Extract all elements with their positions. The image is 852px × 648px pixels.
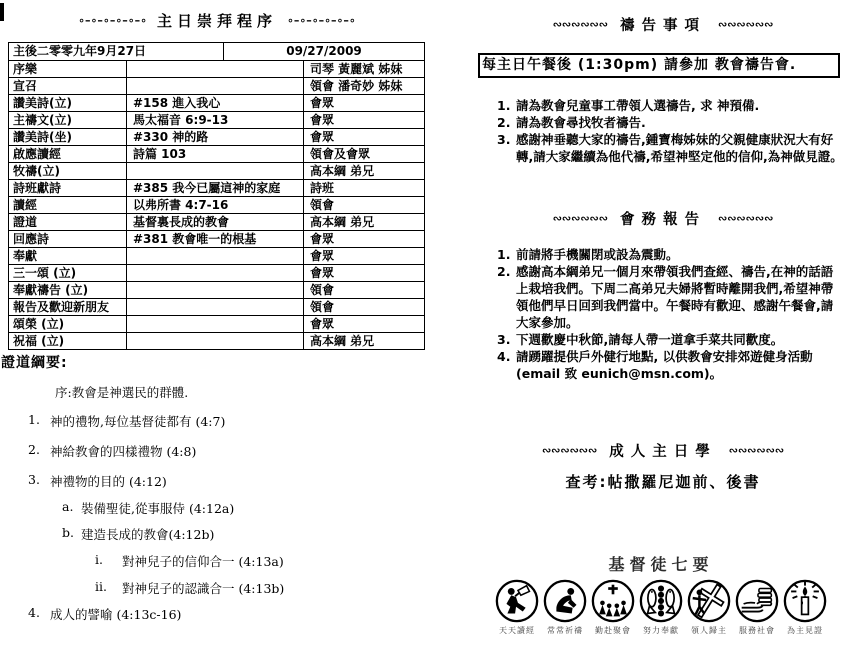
order-leader-cell: 高本綱 弟兄 — [304, 214, 424, 230]
order-leader-cell: 會眾 — [304, 112, 424, 128]
list-item-text: 請為教會兒童事工帶領人選禱告, 求 神預備. — [516, 97, 844, 114]
order-content-cell: #158 進入我心 — [127, 95, 304, 111]
list-item-text: 請踴躍提供戶外健行地點, 以供教會安排郊遊健身活動 (email 致 eunic… — [516, 348, 844, 382]
list-item-number: 3. — [497, 131, 516, 165]
essential-item: 天天讀經 — [493, 578, 541, 636]
outline-text: 建造長成的教會(4:12b) — [81, 525, 214, 543]
order-item-cell: 祝福 (立) — [9, 333, 127, 349]
prayer-meeting-notice-box: 每主日午餐後 (1:30pm) 請參加 教會禱告會. — [478, 53, 840, 78]
order-leader-cell: 會眾 — [304, 95, 424, 111]
table-row: 讚美詩(坐) #330 神的路 會眾 — [9, 128, 424, 145]
list-item-number: 3. — [497, 331, 516, 348]
outline-text: 裝備聖徒,從事服侍 (4:12a) — [81, 499, 234, 517]
essential-item: 領人歸主 — [685, 578, 733, 636]
outline-label: 3. — [28, 472, 50, 490]
outline-line: 2. 神給教會的四樣禮物 (4:8) — [28, 442, 196, 460]
swirl-ornament: ∾∾∾∾∾∾ — [718, 18, 773, 31]
order-leader-cell: 領會 — [304, 299, 424, 315]
order-leader-cell: 領會 潘奇妙 姊妹 — [304, 78, 424, 94]
list-item-number: 2. — [497, 114, 516, 131]
outline-line: a. 裝備聖徒,從事服侍 (4:12a) — [62, 499, 234, 517]
order-leader-cell: 會眾 — [304, 129, 424, 145]
table-row: 祝福 (立) 高本綱 弟兄 — [9, 332, 424, 349]
essential-label: 服務社會 — [739, 625, 775, 636]
table-row: 啟應讀經 詩篇 103 領會及會眾 — [9, 145, 424, 162]
essential-item: 服務社會 — [733, 578, 781, 636]
order-item-cell: 三一頌 (立) — [9, 265, 127, 281]
outline-line: 1. 神的禮物,每位基督徒都有 (4:7) — [28, 412, 225, 430]
outline-line: i. 對神兒子的信仰合一 (4:13a) — [95, 552, 284, 570]
outline-label: 1. — [28, 412, 50, 430]
essential-label: 勤赴聚會 — [595, 625, 631, 636]
outline-text: 神的禮物,每位基督徒都有 (4:7) — [50, 412, 225, 430]
list-item-text: 下週歡慶中秋節,請每人帶一道拿手菜共同歡度。 — [516, 331, 844, 348]
order-item-cell: 證道 — [9, 214, 127, 230]
table-row: 奉獻 會眾 — [9, 247, 424, 264]
essential-item: 為主見證 — [781, 578, 829, 636]
swirl-ornament: ∾∾∾∾∾∾ — [729, 444, 784, 457]
order-leader-cell: 會眾 — [304, 316, 424, 332]
order-item-cell: 回應詩 — [9, 231, 127, 247]
order-leader-cell: 高本綱 弟兄 — [304, 163, 424, 179]
order-item-cell: 奉獻禱告 (立) — [9, 282, 127, 298]
outline-label: i. — [95, 552, 122, 570]
list-item: 3. 感謝神垂聽大家的禱告,鍾寶梅姊妹的父親健康狀況大有好轉,請大家繼續為他代禱… — [497, 131, 844, 165]
chain-ornament: ∘–∘–∘–∘–∘–∘ — [78, 14, 147, 27]
church-report-title: 會務報告 — [620, 208, 706, 229]
order-item-cell: 讚美詩(立) — [9, 95, 127, 111]
outline-label: b. — [62, 525, 81, 543]
table-row: 回應詩 #381 教會唯一的根基 會眾 — [9, 230, 424, 247]
church-report-header: ∾∾∾∾∾∾ 會務報告 ∾∾∾∾∾∾ — [478, 208, 848, 229]
order-content-cell — [127, 248, 304, 264]
list-item-number: 4. — [497, 348, 516, 382]
outline-line: 4. 成人的譬喻 (4:13c-16) — [28, 605, 181, 623]
swirl-ornament: ∾∾∾∾∾∾ — [718, 212, 773, 225]
list-item-number: 1. — [497, 97, 516, 114]
prayer-items-list: 1. 請為教會兒童事工帶領人選禱告, 求 神預備. 2. 請為教會尋找牧者禱告.… — [497, 97, 844, 165]
list-item-text: 前請將手機關閉或設為震動。 — [516, 246, 844, 263]
order-content-cell: #330 神的路 — [127, 129, 304, 145]
order-leader-cell: 會眾 — [304, 231, 424, 247]
swirl-ornament: ∾∾∾∾∾∾ — [553, 212, 608, 225]
outline-text: 對神兒子的認識合一 (4:13b) — [122, 579, 284, 597]
order-content-cell — [127, 163, 304, 179]
order-item-cell: 讚美詩(坐) — [9, 129, 127, 145]
swirl-ornament: ∾∾∾∾∾∾ — [542, 444, 597, 457]
table-row: 報告及歡迎新朋友 領會 — [9, 298, 424, 315]
study-reference: 查考:帖撒羅尼迦前、後書 — [478, 471, 848, 492]
outline-text: 對神兒子的信仰合一 (4:13a) — [122, 552, 284, 570]
order-content-cell — [127, 265, 304, 281]
order-item-cell: 奉獻 — [9, 248, 127, 264]
order-content-cell — [127, 61, 304, 77]
order-item-cell: 主禱文(立) — [9, 112, 127, 128]
order-leader-cell: 會眾 — [304, 248, 424, 264]
loaves-fishes-icon — [638, 578, 684, 624]
order-item-cell: 讀經 — [9, 197, 127, 213]
date-english: 09/27/2009 — [224, 43, 424, 60]
date-chinese: 主後二零零九年9月27日 — [9, 43, 224, 60]
order-item-cell: 詩班獻詩 — [9, 180, 127, 196]
seven-essentials-icons-row: 天天讀經 常常祈禱 — [487, 578, 835, 636]
order-content-cell: 詩篇 103 — [127, 146, 304, 162]
outline-label: 2. — [28, 442, 50, 460]
order-content-cell — [127, 78, 304, 94]
sermon-outline-heading: 證道綱要: — [1, 352, 68, 372]
table-row: 序樂 司琴 黃麗斌 姊妹 — [9, 60, 424, 77]
serving-hands-icon — [734, 578, 780, 624]
essential-label: 常常祈禱 — [547, 625, 583, 636]
essential-label: 為主見證 — [787, 625, 823, 636]
order-content-cell: #385 我今已屬這神的家庭 — [127, 180, 304, 196]
outline-line: ii. 對神兒子的認識合一 (4:13b) — [95, 579, 284, 597]
table-row: 三一頌 (立) 會眾 — [9, 264, 424, 281]
outline-line: 3. 神禮物的目的 (4:12) — [28, 472, 167, 490]
outline-text: 序:教會是神選民的群體. — [55, 383, 188, 401]
list-item-number: 1. — [497, 246, 516, 263]
order-content-cell — [127, 333, 304, 349]
table-row: 主禱文(立) 馬太福音 6:9-13 會眾 — [9, 111, 424, 128]
order-item-cell: 宣召 — [9, 78, 127, 94]
outline-text: 神禮物的目的 (4:12) — [50, 472, 167, 490]
order-leader-cell: 會眾 — [304, 265, 424, 281]
list-item: 2. 感謝高本綱弟兄一個月來帶領我們查經、禱告,在神的話語上栽培我們。下周二高弟… — [497, 263, 844, 331]
order-leader-cell: 詩班 — [304, 180, 424, 196]
order-content-cell: 以弗所書 4:7-16 — [127, 197, 304, 213]
prayer-items-header: ∾∾∾∾∾∾ 禱告事項 ∾∾∾∾∾∾ — [478, 14, 848, 35]
outline-line: b. 建造長成的教會(4:12b) — [62, 525, 214, 543]
order-leader-cell: 領會 — [304, 282, 424, 298]
order-item-cell: 序樂 — [9, 61, 127, 77]
worship-order-header: ∘–∘–∘–∘–∘–∘ 主日崇拜程序 ∘–∘–∘–∘–∘–∘ — [8, 10, 426, 31]
table-row: 證道 基督裏長成的教會 高本綱 弟兄 — [9, 213, 424, 230]
seven-essentials-section: 基督徒七要 天天讀經 — [487, 552, 835, 636]
worship-order-title: 主日崇拜程序 — [157, 10, 277, 31]
table-date-row: 主後二零零九年9月27日 09/27/2009 — [9, 43, 424, 60]
outline-text: 神給教會的四樣禮物 (4:8) — [50, 442, 196, 460]
bible-reading-icon — [494, 578, 540, 624]
list-item: 1. 前請將手機關閉或設為震動。 — [497, 246, 844, 263]
worship-order-table: 主後二零零九年9月27日 09/27/2009 序樂 司琴 黃麗斌 姊妹 宣召 … — [8, 42, 425, 350]
order-content-cell: #381 教會唯一的根基 — [127, 231, 304, 247]
list-item: 4. 請踴躍提供戶外健行地點, 以供教會安排郊遊健身活動 (email 致 eu… — [497, 348, 844, 382]
church-report-list: 1. 前請將手機關閉或設為震動。 2. 感謝高本綱弟兄一個月來帶領我們查經、禱告… — [497, 246, 844, 382]
scan-artifact — [0, 3, 4, 21]
order-content-cell — [127, 316, 304, 332]
outline-label: ii. — [95, 579, 122, 597]
order-item-cell: 牧禱(立) — [9, 163, 127, 179]
order-content-cell — [127, 282, 304, 298]
praying-icon — [542, 578, 588, 624]
order-content-cell: 馬太福音 6:9-13 — [127, 112, 304, 128]
essential-label: 努力奉獻 — [643, 625, 679, 636]
order-leader-cell: 領會及會眾 — [304, 146, 424, 162]
list-item: 2. 請為教會尋找牧者禱告. — [497, 114, 844, 131]
table-row: 頌榮 (立) 會眾 — [9, 315, 424, 332]
essential-item: 勤赴聚會 — [589, 578, 637, 636]
order-item-cell: 報告及歡迎新朋友 — [9, 299, 127, 315]
table-row: 讀經 以弗所書 4:7-16 領會 — [9, 196, 424, 213]
order-leader-cell: 領會 — [304, 197, 424, 213]
list-item: 1. 請為教會兒童事工帶領人選禱告, 求 神預備. — [497, 97, 844, 114]
outline-line: 序:教會是神選民的群體. — [55, 383, 188, 401]
table-row: 讚美詩(立) #158 進入我心 會眾 — [9, 94, 424, 111]
list-item-text: 感謝神垂聽大家的禱告,鍾寶梅姊妹的父親健康狀況大有好轉,請大家繼續為他代禱,希望… — [516, 131, 844, 165]
swirl-ornament: ∾∾∾∾∾∾ — [553, 18, 608, 31]
prayer-items-title: 禱告事項 — [620, 14, 706, 35]
cross-person-icon — [686, 578, 732, 624]
list-item: 3. 下週歡慶中秋節,請每人帶一道拿手菜共同歡度。 — [497, 331, 844, 348]
order-content-cell — [127, 299, 304, 315]
table-row: 宣召 領會 潘奇妙 姊妹 — [9, 77, 424, 94]
candle-icon — [782, 578, 828, 624]
list-item-text: 感謝高本綱弟兄一個月來帶領我們查經、禱告,在神的話語上栽培我們。下周二高弟兄夫婦… — [516, 263, 844, 331]
sunday-school-title: 成人主日學 — [609, 440, 717, 461]
chain-ornament: ∘–∘–∘–∘–∘–∘ — [287, 14, 356, 27]
seven-essentials-title: 基督徒七要 — [487, 552, 835, 575]
outline-label: a. — [62, 499, 81, 517]
outline-label: 4. — [28, 605, 50, 623]
essential-item: 常常祈禱 — [541, 578, 589, 636]
order-item-cell: 頌榮 (立) — [9, 316, 127, 332]
order-leader-cell: 司琴 黃麗斌 姊妹 — [304, 61, 424, 77]
congregation-icon — [590, 578, 636, 624]
table-row: 奉獻禱告 (立) 領會 — [9, 281, 424, 298]
essential-item: 努力奉獻 — [637, 578, 685, 636]
essential-label: 天天讀經 — [499, 625, 535, 636]
list-item-text: 請為教會尋找牧者禱告. — [516, 114, 844, 131]
order-content-cell: 基督裏長成的教會 — [127, 214, 304, 230]
order-item-cell: 啟應讀經 — [9, 146, 127, 162]
order-leader-cell: 高本綱 弟兄 — [304, 333, 424, 349]
outline-text: 成人的譬喻 (4:13c-16) — [50, 605, 181, 623]
table-row: 詩班獻詩 #385 我今已屬這神的家庭 詩班 — [9, 179, 424, 196]
list-item-number: 2. — [497, 263, 516, 331]
sunday-school-header: ∾∾∾∾∾∾ 成人主日學 ∾∾∾∾∾∾ — [478, 440, 848, 461]
table-row: 牧禱(立) 高本綱 弟兄 — [9, 162, 424, 179]
essential-label: 領人歸主 — [691, 625, 727, 636]
